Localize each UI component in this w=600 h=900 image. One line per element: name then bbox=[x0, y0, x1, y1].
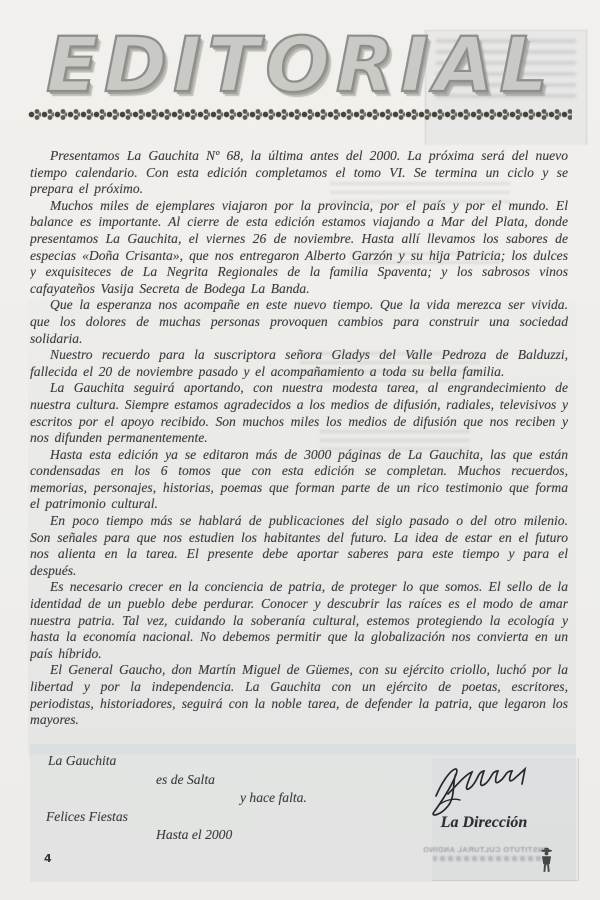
editorial-paragraph: Hasta esta edición ya se editaron más de… bbox=[30, 447, 568, 513]
masthead: EDITORIAL bbox=[0, 0, 600, 121]
scanned-page: EDITORIAL Presentamos La Gauchita Nº 68,… bbox=[0, 0, 600, 900]
signature-icon bbox=[426, 760, 536, 818]
signature-title: La Dirección bbox=[424, 814, 544, 832]
editorial-paragraph: Nuestro recuerdo para la suscriptora señ… bbox=[30, 347, 568, 380]
ornament-border-icon bbox=[28, 108, 572, 121]
editorial-paragraph: En poco tiempo más se hablará de publica… bbox=[30, 513, 568, 579]
editorial-paragraph: La Gauchita seguirá aportando, con nuest… bbox=[30, 380, 568, 446]
closing-line: Hasta el 2000 bbox=[156, 827, 232, 843]
closing-line: y hace falta. bbox=[240, 790, 307, 806]
editorial-body: Presentamos La Gauchita Nº 68, la última… bbox=[30, 148, 568, 754]
bleedthrough-text: INSTITUTO CULTURAL ANDINO bbox=[428, 845, 546, 861]
page-title: EDITORIAL bbox=[0, 0, 600, 102]
closing-line: Felices Fiestas bbox=[46, 809, 128, 825]
page-number: 4 bbox=[44, 852, 52, 865]
editorial-paragraph: Que la esperanza nos acompañe en este nu… bbox=[30, 297, 568, 347]
closing-line: La Gauchita bbox=[48, 753, 116, 769]
editorial-paragraph: El General Gaucho, don Martín Miguel de … bbox=[30, 662, 568, 728]
editorial-paragraph: Presentamos La Gauchita Nº 68, la última… bbox=[30, 148, 568, 198]
editorial-paragraph: Es necesario crecer en la conciencia de … bbox=[30, 579, 568, 662]
closing-line: es de Salta bbox=[156, 772, 215, 788]
editorial-paragraph: Muchos miles de ejemplares viajaron por … bbox=[30, 198, 568, 298]
